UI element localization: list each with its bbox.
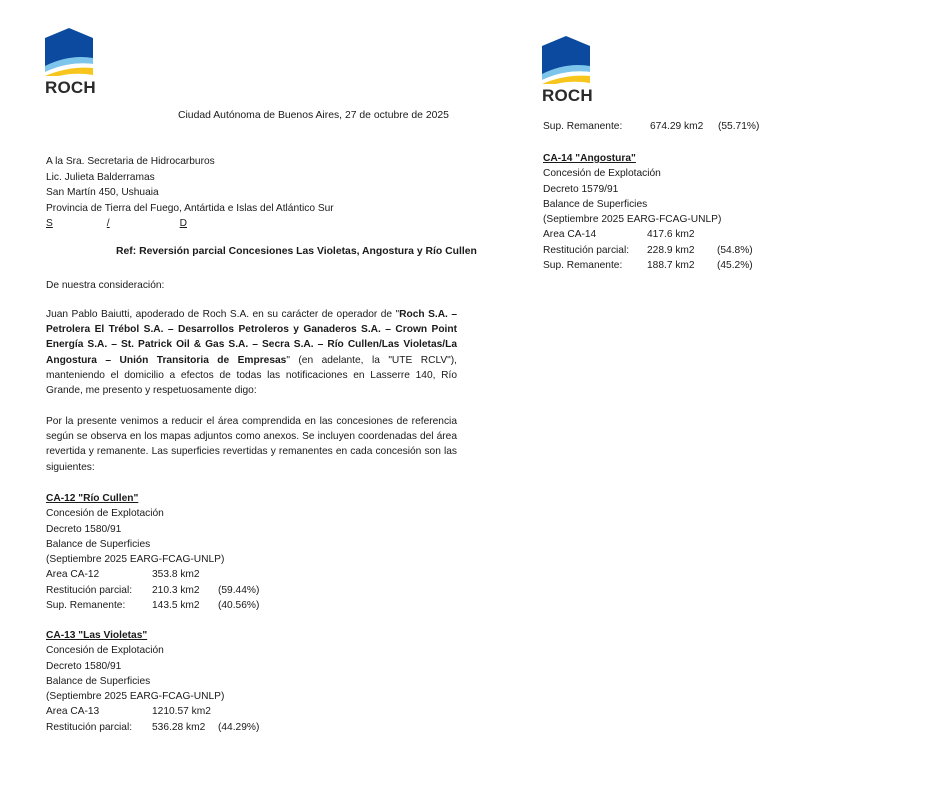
row-value: 210.3 km2 — [152, 583, 218, 598]
row-label: Restitución parcial: — [46, 720, 152, 735]
address-line: Lic. Julieta Balderramas — [46, 170, 334, 186]
row-pct: (45.2%) — [717, 258, 753, 273]
row-value: 353.8 km2 — [152, 567, 218, 582]
document-page-2: ROCH Sup. Remanente:674.29 km2(55.71%) C… — [500, 0, 940, 788]
row-label: Area CA-12 — [46, 567, 152, 582]
row-label: Area CA-13 — [46, 704, 152, 719]
roch-logo-icon — [45, 28, 93, 76]
concession-type: Concesión de Explotación — [46, 643, 259, 658]
concession-source: (Septiembre 2025 EARG-FCAG-UNLP) — [46, 689, 259, 704]
row-pct: (55.71%) — [718, 119, 759, 134]
row-value: 1210.57 km2 — [152, 704, 218, 719]
address-line: Provincia de Tierra del Fuego, Antártida… — [46, 201, 334, 217]
row-pct: (40.56%) — [218, 598, 259, 613]
restitution-row: Restitución parcial:536.28 km2(44.29%) — [46, 720, 259, 735]
area-row: Area CA-12353.8 km2 — [46, 567, 259, 582]
roch-logo: ROCH — [542, 36, 596, 106]
paragraph-reduction: Por la presente venimos a reducir el áre… — [46, 414, 457, 475]
row-pct: (59.44%) — [218, 583, 259, 598]
concession-ca13: CA-13 "Las Violetas" Concesión de Explot… — [46, 628, 259, 735]
row-label: Sup. Remanente: — [46, 598, 152, 613]
restitution-row: Restitución parcial:228.9 km2(54.8%) — [543, 243, 753, 258]
address-line: A la Sra. Secretaria de Hidrocarburos — [46, 154, 334, 170]
roch-logo-icon — [542, 36, 590, 84]
concession-source: (Septiembre 2025 EARG-FCAG-UNLP) — [46, 552, 259, 567]
concession-title: CA-12 "Río Cullen" — [46, 491, 259, 506]
row-value: 536.28 km2 — [152, 720, 218, 735]
logo-text: ROCH — [45, 78, 99, 98]
row-pct: (54.8%) — [717, 243, 753, 258]
row-value: 143.5 km2 — [152, 598, 218, 613]
concession-title: CA-13 "Las Violetas" — [46, 628, 259, 643]
concession-source: (Septiembre 2025 EARG-FCAG-UNLP) — [543, 212, 753, 227]
document-page-1: ROCH Ciudad Autónoma de Buenos Aires, 27… — [0, 0, 500, 788]
greeting: De nuestra consideración: — [46, 278, 164, 293]
concession-title: CA-14 "Angostura" — [543, 151, 753, 166]
row-label: Restitución parcial: — [543, 243, 647, 258]
row-label: Sup. Remanente: — [543, 119, 650, 134]
concession-balance: Balance de Superficies — [46, 537, 259, 552]
address-line: San Martín 450, Ushuaia — [46, 185, 334, 201]
para-intro-text: Juan Pablo Baiutti, apoderado de Roch S.… — [46, 309, 399, 320]
concession-balance: Balance de Superficies — [46, 674, 259, 689]
remaining-row: Sup. Remanente:674.29 km2(55.71%) — [543, 119, 759, 134]
concession-decree: Decreto 1579/91 — [543, 182, 753, 197]
area-row: Area CA-14417.6 km2 — [543, 227, 753, 242]
row-label: Area CA-14 — [543, 227, 647, 242]
row-value: 674.29 km2 — [650, 119, 718, 134]
concession-balance: Balance de Superficies — [543, 197, 753, 212]
concession-type: Concesión de Explotación — [543, 166, 753, 181]
concession-ca12: CA-12 "Río Cullen" Concesión de Explotac… — [46, 491, 259, 613]
remaining-row: Sup. Remanente:188.7 km2(45.2%) — [543, 258, 753, 273]
area-row: Area CA-131210.57 km2 — [46, 704, 259, 719]
recipient-address: A la Sra. Secretaria de Hidrocarburos Li… — [46, 154, 334, 232]
row-label: Sup. Remanente: — [543, 258, 647, 273]
concession-type: Concesión de Explotación — [46, 506, 259, 521]
reference-line: Ref: Reversión parcial Concesiones Las V… — [116, 246, 477, 257]
remaining-row: Sup. Remanente:143.5 km2(40.56%) — [46, 598, 259, 613]
row-value: 188.7 km2 — [647, 258, 717, 273]
sd-line: S/D — [46, 216, 334, 232]
roch-logo: ROCH — [45, 28, 99, 98]
carryover-remaining-row: Sup. Remanente:674.29 km2(55.71%) — [543, 119, 759, 134]
concession-decree: Decreto 1580/91 — [46, 659, 259, 674]
concession-ca14: CA-14 "Angostura" Concesión de Explotaci… — [543, 151, 753, 273]
row-value: 228.9 km2 — [647, 243, 717, 258]
row-pct: (44.29%) — [218, 720, 259, 735]
row-label: Restitución parcial: — [46, 583, 152, 598]
restitution-row: Restitución parcial:210.3 km2(59.44%) — [46, 583, 259, 598]
logo-text: ROCH — [542, 86, 596, 106]
row-value: 417.6 km2 — [647, 227, 717, 242]
concession-decree: Decreto 1580/91 — [46, 522, 259, 537]
paragraph-intro: Juan Pablo Baiutti, apoderado de Roch S.… — [46, 307, 457, 398]
date-line: Ciudad Autónoma de Buenos Aires, 27 de o… — [178, 110, 449, 121]
